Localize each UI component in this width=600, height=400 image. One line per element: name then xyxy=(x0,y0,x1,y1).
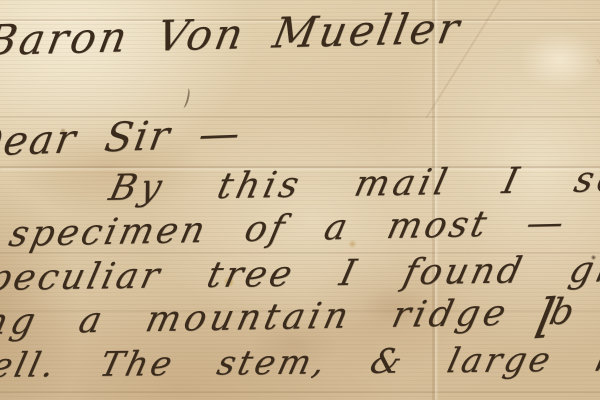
fold-line xyxy=(0,252,600,254)
handwritten-letter-scan: Baron Von Mueller Dear Sir — By this mai… xyxy=(0,0,600,400)
laid-paper-texture xyxy=(0,0,600,400)
fold-line xyxy=(0,116,600,118)
handwriting-line-body-2: specimen of a most — xyxy=(5,202,570,255)
fold-line xyxy=(0,166,600,168)
handwriting-line-body-3: peculiar tree I found growing xyxy=(0,247,600,299)
ink-dot xyxy=(591,255,596,260)
handwriting-line-greeting: Dear Sir — xyxy=(0,110,245,166)
handwriting-edge-flourish: l xyxy=(529,286,560,351)
ink-speck xyxy=(60,128,66,134)
stray-ink-mark xyxy=(180,87,192,108)
crumple-highlight xyxy=(520,30,600,90)
handwriting-line-body-4: ng a mountain ridge b — xyxy=(0,290,600,343)
crumple-shadow xyxy=(360,285,430,325)
fold-line xyxy=(0,391,600,393)
fold-line xyxy=(0,310,600,312)
handwriting-line-body-5: ell. The stem, & large branch xyxy=(0,338,600,386)
paper-stain xyxy=(348,240,357,248)
crumple-shadow xyxy=(250,320,340,370)
handwriting-line-body-1: By this mail I send xyxy=(105,158,600,209)
diagonal-crease xyxy=(596,59,600,163)
fold-line xyxy=(0,19,600,21)
handwriting-line-salutation: Baron Von Mueller xyxy=(0,3,466,65)
diagonal-crease xyxy=(426,0,507,118)
paper-stain xyxy=(223,277,235,287)
vertical-crease xyxy=(432,0,435,400)
